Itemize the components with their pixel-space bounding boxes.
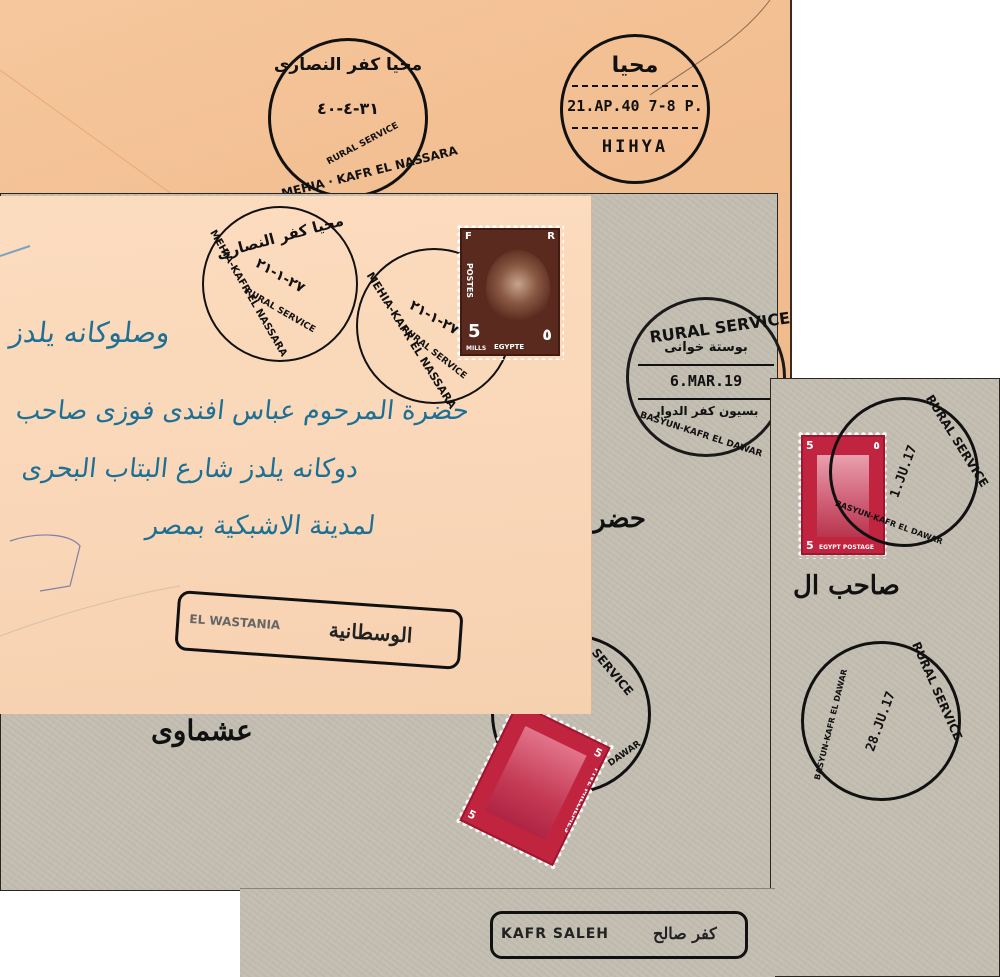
cachet-latin-text: EL WASTANIA	[189, 612, 281, 632]
cachet-latin-text: KAFR SALEH	[501, 926, 609, 942]
envelope-grey-bottom: KAFR SALEH كفر صالح	[240, 888, 775, 977]
stamp-value: 5	[466, 807, 479, 822]
postmark-date: 21.AP.40 7-8 P.	[563, 97, 707, 115]
handwriting-hadr: حضر	[593, 504, 646, 534]
handwriting-saheb: صاحب ال	[793, 571, 900, 601]
postmark-rural-service-1917-lower: RURAL SERVICE 28.JU.17 BASYUN-KAFR EL DA…	[801, 641, 961, 801]
stamp-country: EGYPTE	[494, 343, 524, 351]
postmark-ring-text: SERVICE	[589, 646, 636, 699]
postmark-rural-service-1917: RURAL SERVICE 1.JU.17 BASYUN-KAFR EL DAW…	[829, 397, 979, 547]
stamp-corner-right: R	[547, 231, 555, 242]
stamp-side-text: POSTES	[465, 263, 474, 298]
handwriting-ashmawy: عشماوى	[151, 714, 253, 747]
postmark-rural-service-basyun: RURAL SERVICE بوستة خوانى 6.MAR.19 بسيون…	[626, 297, 786, 457]
cachet-arabic-text: كفر صالح	[653, 924, 717, 943]
stamp-arabic-value: ٥	[542, 325, 552, 344]
stamp-value: 5	[592, 746, 605, 761]
cachet-arabic-text: الوسطانية	[328, 618, 413, 648]
address-line-3: دوكانه يلدز شارع البتاب البحرى	[20, 454, 359, 484]
address-line-2: حضرة المرحوم عباس افندى فوزى صاحب	[14, 396, 470, 426]
postmark-mehia-kafr-el-nassara: محيا كفر النصارى ٣١-٤-٤٠ RURAL SERVICE M…	[268, 38, 428, 198]
postmark-hihya: محيا 21.AP.40 7-8 P. HIHYA	[560, 34, 710, 184]
stamp-value-unit: MILLS	[466, 345, 486, 352]
stamp-country: EGYPT POSTAGE	[819, 544, 874, 551]
portrait-king-fuad	[486, 250, 550, 326]
stamp-king-fuad-5-mills: F R POSTES 5 MILLS EGYPTE ٥	[456, 224, 564, 360]
postmark-arabic-town: محيا كفر النصارى	[271, 55, 425, 75]
stamp-label: FIVE MILLIEMES	[801, 464, 804, 527]
postmark-mehia-kafr-el-nassara-1: محيا كفر النصارى ٢٧-١-٢١ RURAL SERVICE M…	[202, 206, 358, 362]
envelope-front-cream: محيا كفر النصارى ٢٧-١-٢١ RURAL SERVICE M…	[0, 196, 592, 714]
cachet-kafr-saleh: KAFR SALEH كفر صالح	[490, 911, 748, 959]
stamp-value: 5	[806, 439, 814, 452]
postmark-ring-text: RURAL SERVICE	[909, 640, 965, 743]
stamp-value: 5	[468, 321, 481, 342]
address-line-4: لمدينة الاشبكية بمصر	[144, 511, 376, 541]
postmark-date: 6.MAR.19	[629, 372, 783, 390]
stamp-corner-left: F	[465, 231, 472, 242]
postmark-town: HIHYA	[563, 137, 707, 157]
address-line-1: وصلوكانه يلدز	[8, 316, 171, 349]
stamp-value: 5	[806, 539, 814, 552]
postmark-arabic-sub: بوستة خوانى	[629, 340, 783, 355]
postmark-date: 28.JU.17	[848, 647, 915, 797]
postmark-side-text: BASYUN-KAFR EL DAWAR	[813, 668, 849, 781]
postmark-date: ٣١-٤-٤٠	[271, 99, 425, 118]
envelope-grey-right: 5 ٥ 5 FIVE MILLIEMES EGYPT POSTAGE RURAL…	[770, 378, 1000, 977]
postmark-arabic-town: محيا	[563, 53, 707, 78]
